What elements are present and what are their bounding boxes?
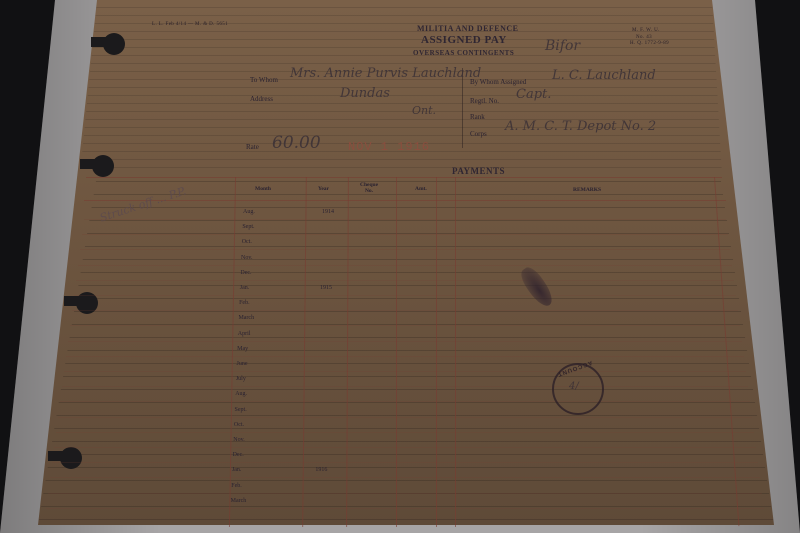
regtl-no-label: Regtl. No. xyxy=(470,97,499,105)
payment-row-month: Nov. xyxy=(241,255,252,261)
binder-hole-icon xyxy=(103,33,125,55)
rank-label: Rank xyxy=(470,113,485,121)
payment-row-month: Jan. xyxy=(232,467,242,473)
rate-label: Rate xyxy=(246,143,259,151)
header-line3: OVERSEAS CONTINGENTS xyxy=(413,49,514,57)
by-whom-assigned-label: By Whom Assigned xyxy=(470,78,526,86)
payment-row-month: Nov. xyxy=(233,437,244,443)
to-whom-value: Mrs. Annie Purvis Lauchland xyxy=(290,66,481,81)
binder-hole-icon xyxy=(92,155,114,177)
payment-row-year: 1914 xyxy=(322,209,334,215)
payment-row-month: Jan. xyxy=(240,285,250,291)
payment-row-month: June xyxy=(237,361,248,367)
form-code-right-3: H. Q. 1772-9-89 xyxy=(630,41,669,46)
column-header-amount: Amt. xyxy=(415,186,427,192)
corps-label: Corps xyxy=(470,130,487,138)
payment-row-month: Sept. xyxy=(242,224,254,230)
payment-row-month: March xyxy=(238,315,254,321)
corps-value: A. M. C. T. Depot No. 2 xyxy=(505,119,656,134)
payment-row-month: April xyxy=(238,331,251,337)
payment-row-month: Dec. xyxy=(240,270,251,276)
payment-row-month: Oct. xyxy=(234,422,244,428)
column-header-month: Month xyxy=(255,186,271,192)
address-label: Address xyxy=(250,95,273,103)
column-header-remarks: REMARKS xyxy=(573,187,601,193)
payment-row-month: Sept. xyxy=(235,407,247,413)
regtl-no-value: Capt. xyxy=(516,87,551,102)
payment-row-month: Aug. xyxy=(235,391,247,397)
payment-row-month: Oct. xyxy=(242,239,252,245)
account-stamp-center: 4/ xyxy=(569,381,579,392)
header-line1: MILITIA AND DEFENCE xyxy=(417,24,519,33)
date-received-stamp: NOV 1 1916 xyxy=(348,140,430,154)
binder-hole-icon xyxy=(60,447,82,469)
form-code-right-1: M. F. W. U. xyxy=(632,28,660,33)
to-whom-label: To Whom xyxy=(250,76,278,84)
rate-value: 60.00 xyxy=(272,133,321,153)
form-code-right-2: No. 43 xyxy=(636,35,652,40)
payment-row-month: Aug. xyxy=(243,209,255,215)
column-header-year: Year xyxy=(318,186,329,192)
payment-row-month: May xyxy=(237,346,248,352)
by-whom-assigned-value: L. C. Lauchland xyxy=(552,68,656,83)
document-title: ASSIGNED PAY xyxy=(421,34,507,46)
address-value: Dundas xyxy=(340,86,390,101)
payment-row-month: Feb. xyxy=(231,483,242,489)
payments-title: PAYMENTS xyxy=(452,166,505,176)
payment-row-month: March xyxy=(231,498,247,504)
payment-row-month: Feb. xyxy=(239,300,250,306)
header-annotation: Bifor xyxy=(545,38,580,54)
form-code-left: L. L. Feb 4/14 — M. & D. 5651 xyxy=(152,22,228,27)
payment-row-year: 1916 xyxy=(315,467,327,473)
address-province: Ont. xyxy=(412,104,436,117)
payment-row-year: 1915 xyxy=(320,285,332,291)
payment-row-month: Dec. xyxy=(233,452,244,458)
payment-row-month: July xyxy=(236,376,246,382)
column-header-cheque-no: Cheque No. xyxy=(356,182,382,194)
